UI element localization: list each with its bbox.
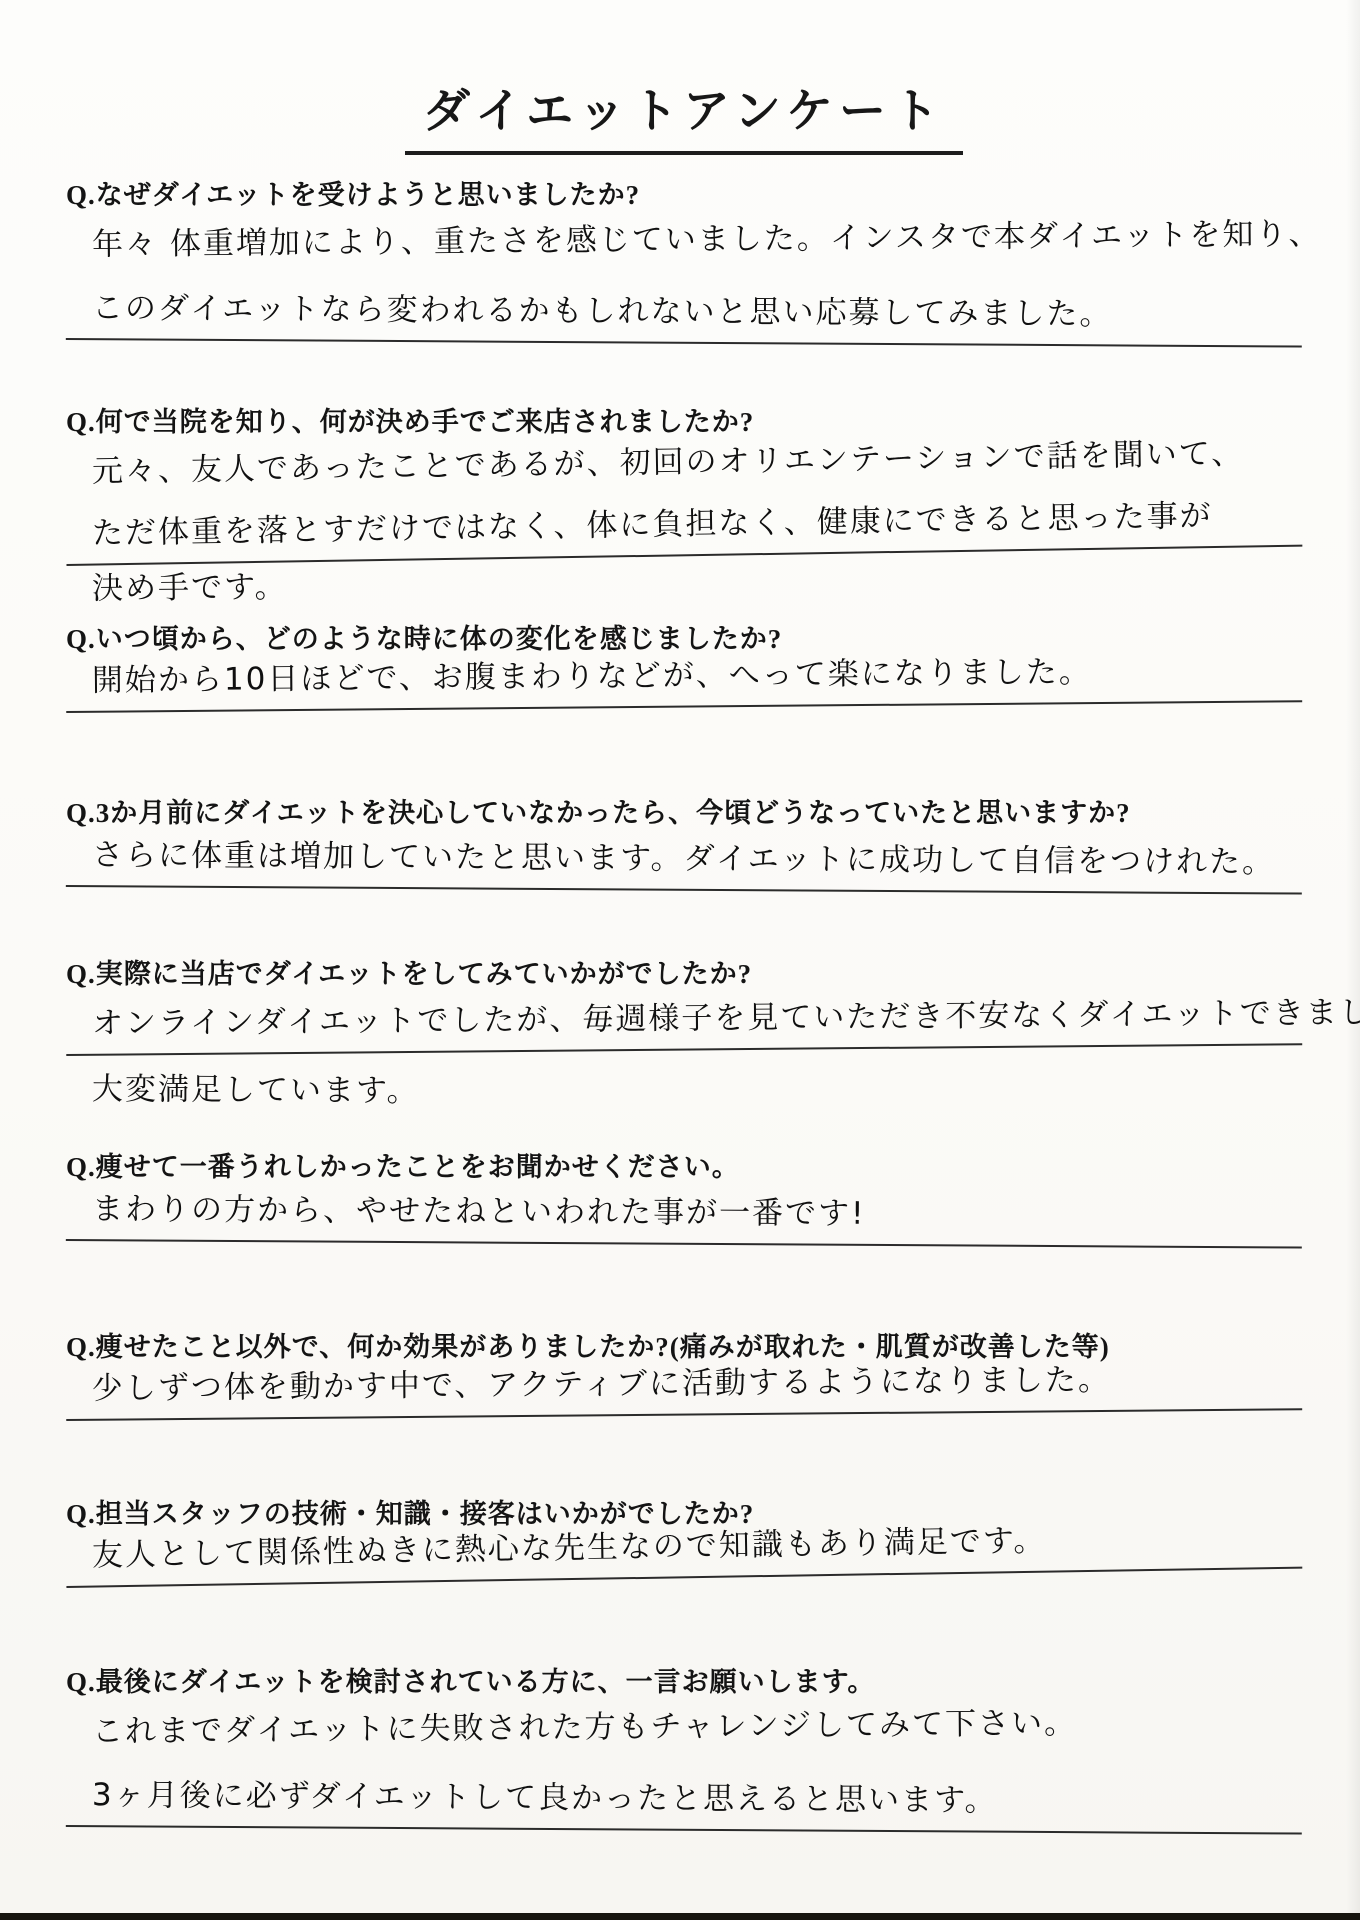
answer-line: 大変満足しています。 bbox=[66, 1056, 1302, 1126]
question-text: Q.痩せて一番うれしかったことをお聞かせください。 bbox=[66, 1145, 1302, 1184]
answer-line: さらに体重は増加していたと思います。ダイエットに成功して自信をつけれた。 bbox=[66, 830, 1302, 894]
answer-line: 開始から10日ほどで、お腹まわりなどが、へって楽になりました。 bbox=[66, 645, 1302, 713]
answer-line: 少しずつ体を動かす中で、アクティブに活動するようになりました。 bbox=[66, 1353, 1302, 1421]
answer-line: 3ヶ月後に必ずダイエットして良かったと思えると思います。 bbox=[66, 1762, 1302, 1834]
answer-line: まわりの方から、やせたねといわれた事が一番です! bbox=[66, 1184, 1302, 1248]
answer-line: これまでダイエットに失敗された方もチャレンジしてみて下さい。 bbox=[66, 1688, 1303, 1762]
title-block: ダイエットアンケート bbox=[66, 74, 1302, 155]
qa-section-7: Q.痩せたこと以外で、何か効果がありましたか?(痛みが取れた・肌質が改善した等)… bbox=[66, 1325, 1302, 1421]
scanned-survey-page: ダイエットアンケート Q.なぜダイエットを受けようと思いましたか? 年々 体重増… bbox=[0, 0, 1360, 1920]
qa-section-3: Q.いつ頃から、どのような時に体の変化を感じましたか? 開始から10日ほどで、お… bbox=[66, 617, 1302, 713]
qa-section-4: Q.3か月前にダイエットを決心していなかったら、今頃どうなっていたと思いますか?… bbox=[66, 791, 1302, 887]
qa-section-5: Q.実際に当店でダイエットをしてみていかがでしたか? オンラインダイエットでした… bbox=[66, 952, 1302, 1119]
answer-line: このダイエットなら変われるかもしれないと思い応募してみました。 bbox=[66, 275, 1302, 347]
qa-section-2: Q.何で当院を知り、何が決め手でご来店されましたか? 元々、友人であったことであ… bbox=[66, 400, 1302, 609]
qa-section-8: Q.担当スタッフの技術・知識・接客はいかがでしたか? 友人として関係性ぬきに熱心… bbox=[66, 1492, 1302, 1588]
answer-line: オンラインダイエットでしたが、毎週様子を見ていただき不安なくダイエットできました… bbox=[66, 980, 1303, 1056]
answer-line: 決め手です。 bbox=[66, 555, 1302, 609]
qa-section-9: Q.最後にダイエットを検討されている方に、一言お願いします。 これまでダイエット… bbox=[66, 1660, 1302, 1827]
question-text: Q.3か月前にダイエットを決心していなかったら、今頃どうなっていたと思いますか? bbox=[66, 791, 1302, 830]
scan-bottom-edge bbox=[0, 1913, 1360, 1920]
scan-edge-shade bbox=[1346, 0, 1360, 1920]
qa-section-6: Q.痩せて一番うれしかったことをお聞かせください。 まわりの方から、やせたねとい… bbox=[66, 1145, 1302, 1241]
survey-title: ダイエットアンケート bbox=[405, 74, 963, 155]
answer-line: 年々 体重増加により、重たさを感じていました。インスタで本ダイエットを知り、 bbox=[66, 201, 1303, 275]
qa-section-1: Q.なぜダイエットを受けようと思いましたか? 年々 体重増加により、重たさを感じ… bbox=[66, 173, 1302, 340]
